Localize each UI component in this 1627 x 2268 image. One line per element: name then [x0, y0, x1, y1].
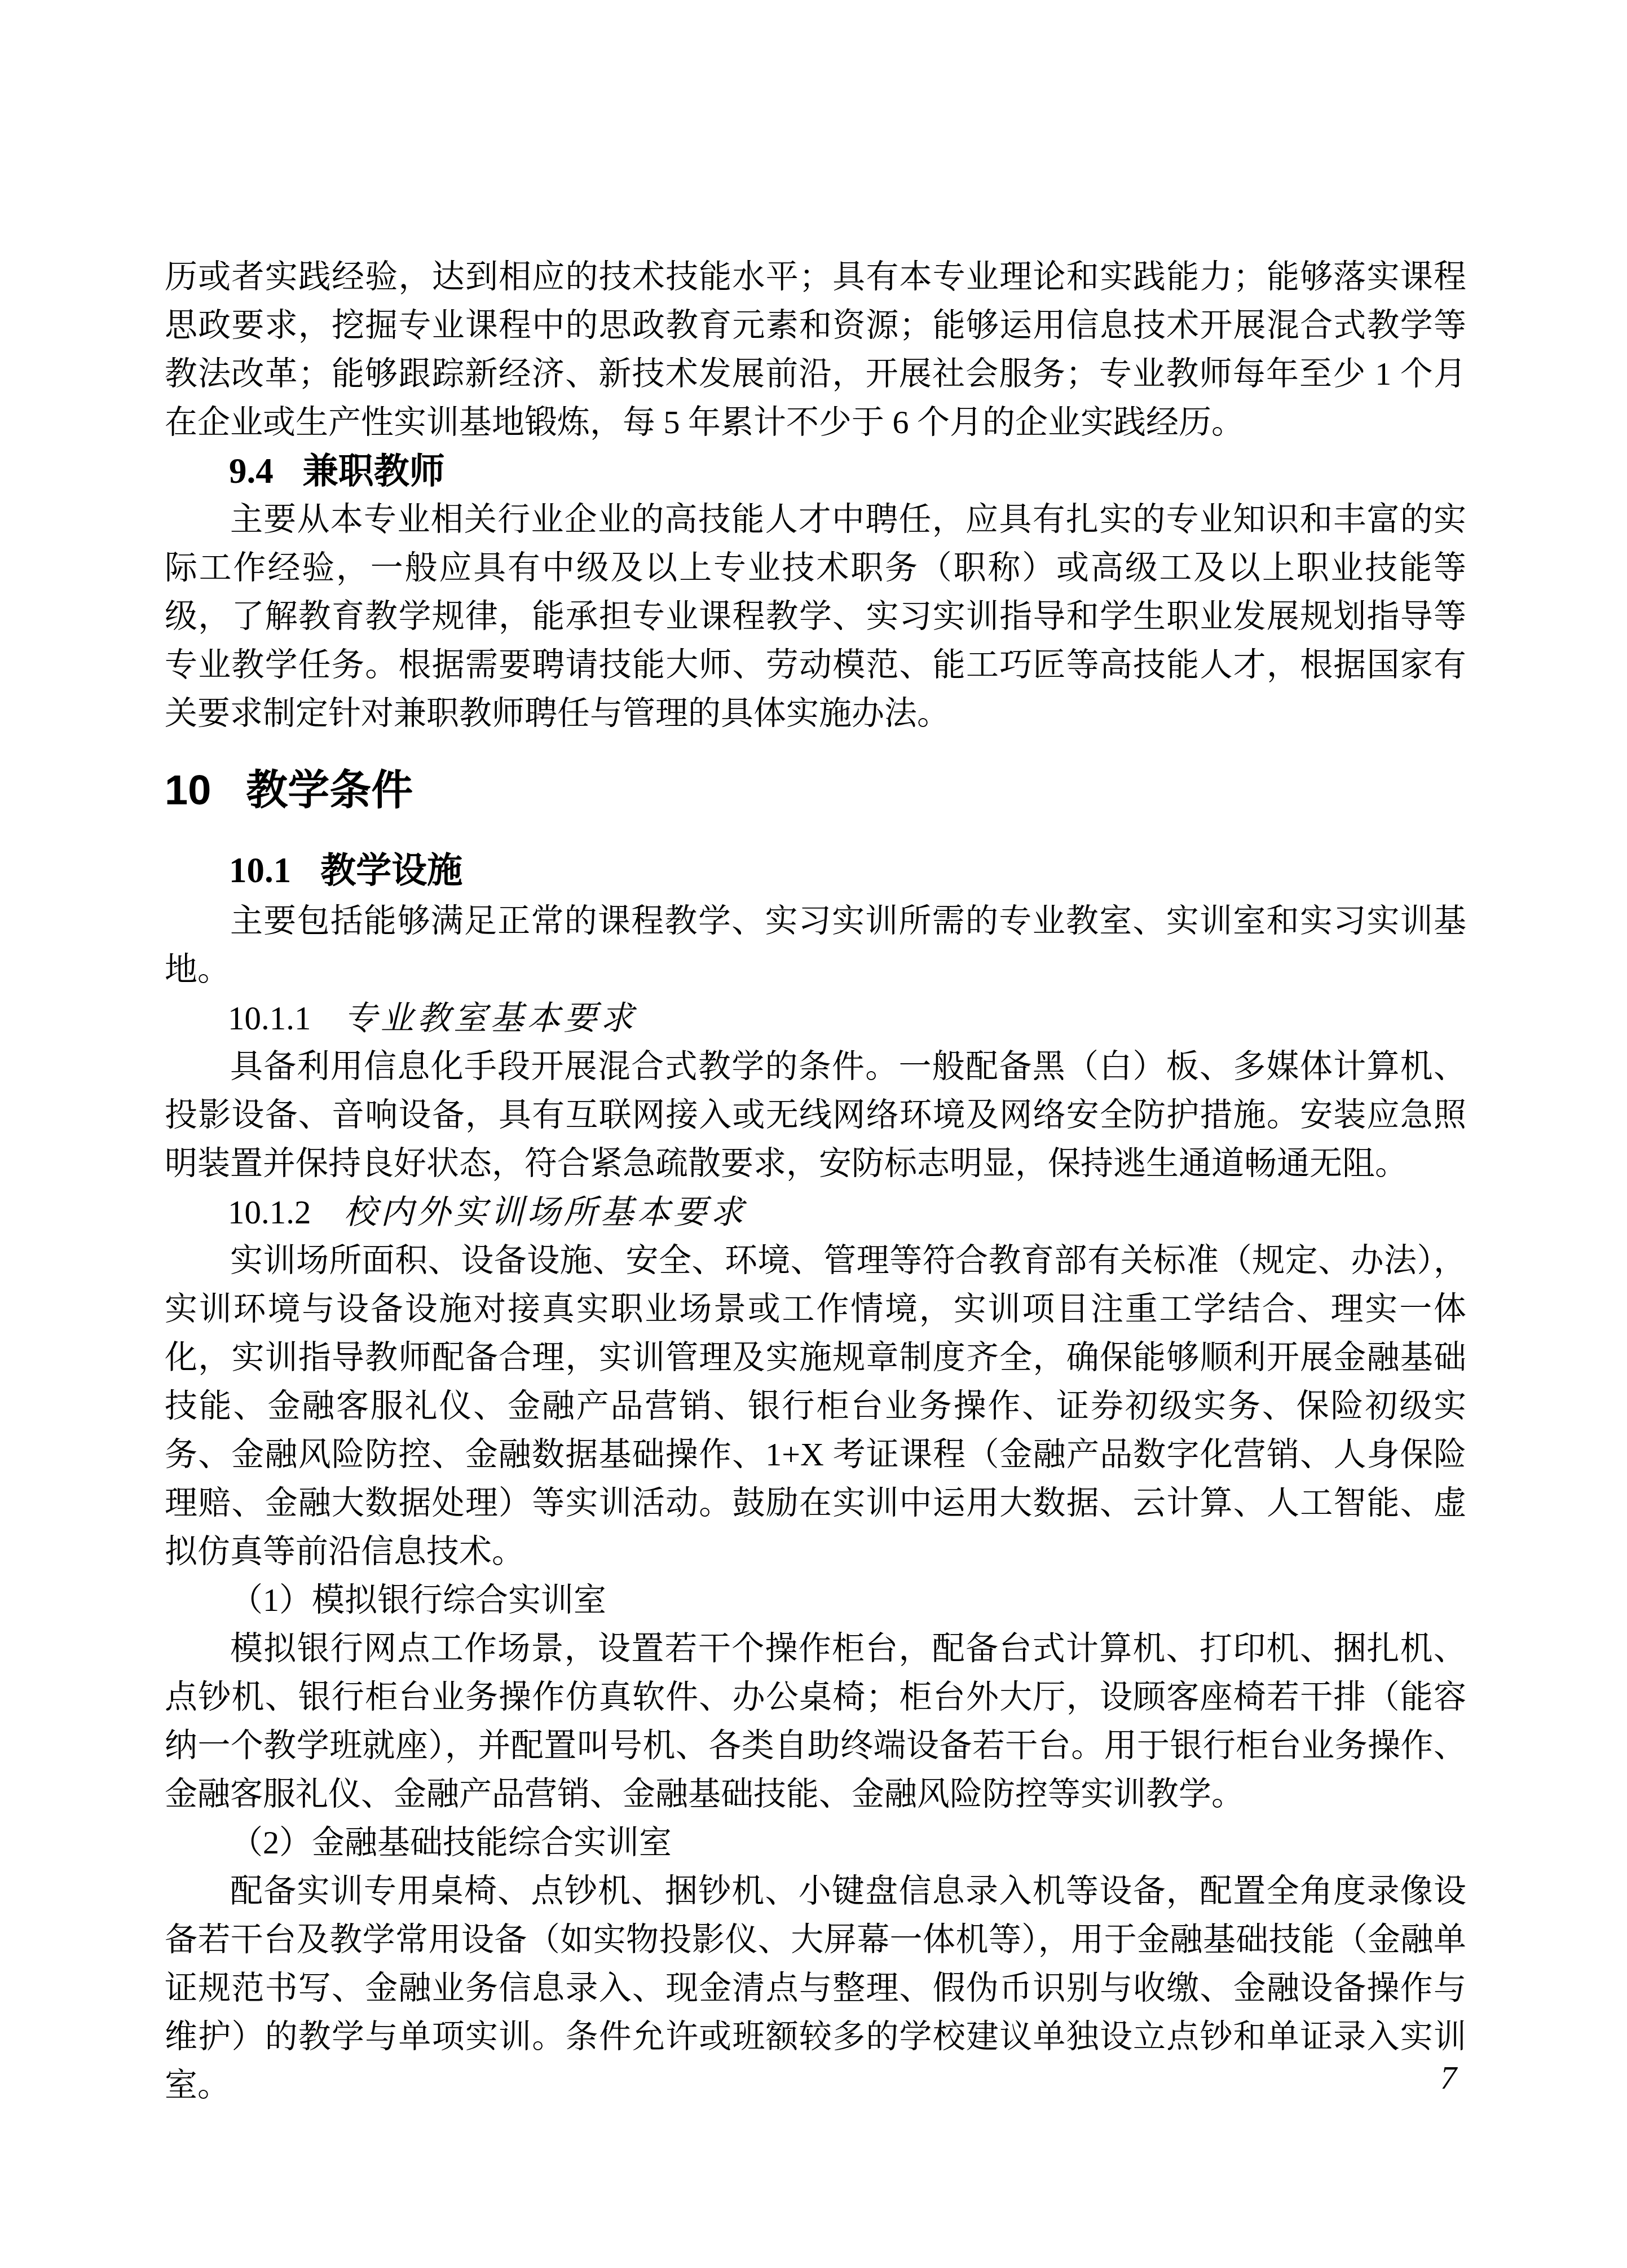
list-item-2-title: （2）金融基础技能综合实训室 — [165, 1818, 1466, 1867]
heading-title: 教学条件 — [246, 767, 413, 813]
heading-title: 兼职教师 — [303, 451, 445, 491]
document-page: 历或者实践经验，达到相应的技术技能水平；具有本专业理论和实践能力；能够落实课程思… — [0, 0, 1627, 2268]
list-item-1-paragraph: 模拟银行网点工作场景，设置若干个操作柜台，配备台式计算机、打印机、捆扎机、点钞机… — [165, 1624, 1466, 1818]
heading-title: 教学设施 — [320, 851, 462, 890]
heading-title: 校内外实训场所基本要求 — [344, 1194, 747, 1231]
chapter-heading-10: 10教学条件 — [165, 761, 1466, 819]
subsection-heading-10-1-2: 10.1.2校内外实训场所基本要求 — [165, 1188, 1466, 1236]
heading-number: 10.1 — [229, 851, 291, 890]
subsection-heading-10-1-1: 10.1.1专业教室基本要求 — [165, 994, 1466, 1042]
paragraph-10-1-2: 实训场所面积、设备设施、安全、环境、管理等符合教育部有关标准（规定、办法），实训… — [165, 1236, 1466, 1576]
heading-number: 10.1.1 — [228, 999, 311, 1037]
heading-number: 10.1.2 — [228, 1194, 311, 1231]
paragraph-10-1-1: 具备利用信息化手段开展混合式教学的条件。一般配备黑（白）板、多媒体计算机、投影设… — [165, 1042, 1466, 1188]
heading-number: 10 — [165, 767, 211, 813]
heading-number: 9.4 — [229, 451, 274, 491]
page-number: 7 — [1440, 2060, 1457, 2096]
list-item-1-title: （1）模拟银行综合实训室 — [165, 1576, 1466, 1624]
section-heading-10-1: 10.1教学设施 — [165, 844, 1466, 897]
heading-title: 专业教室基本要求 — [344, 999, 637, 1037]
page-body-text: 历或者实践经验，达到相应的技术技能水平；具有本专业理论和实践能力；能够落实课程思… — [165, 253, 1466, 2110]
section-heading-9-4: 9.4兼职教师 — [165, 447, 1466, 495]
list-item-2-paragraph: 配备实训专用桌椅、点钞机、捆钞机、小键盘信息录入机等设备，配置全角度录像设备若干… — [165, 1867, 1466, 2110]
paragraph-10-1: 主要包括能够满足正常的课程教学、实习实训所需的专业教室、实训室和实习实训基地。 — [165, 897, 1466, 994]
paragraph-9-4: 主要从本专业相关行业企业的高技能人才中聘任，应具有扎实的专业知识和丰富的实际工作… — [165, 495, 1466, 738]
continued-paragraph: 历或者实践经验，达到相应的技术技能水平；具有本专业理论和实践能力；能够落实课程思… — [165, 253, 1466, 447]
